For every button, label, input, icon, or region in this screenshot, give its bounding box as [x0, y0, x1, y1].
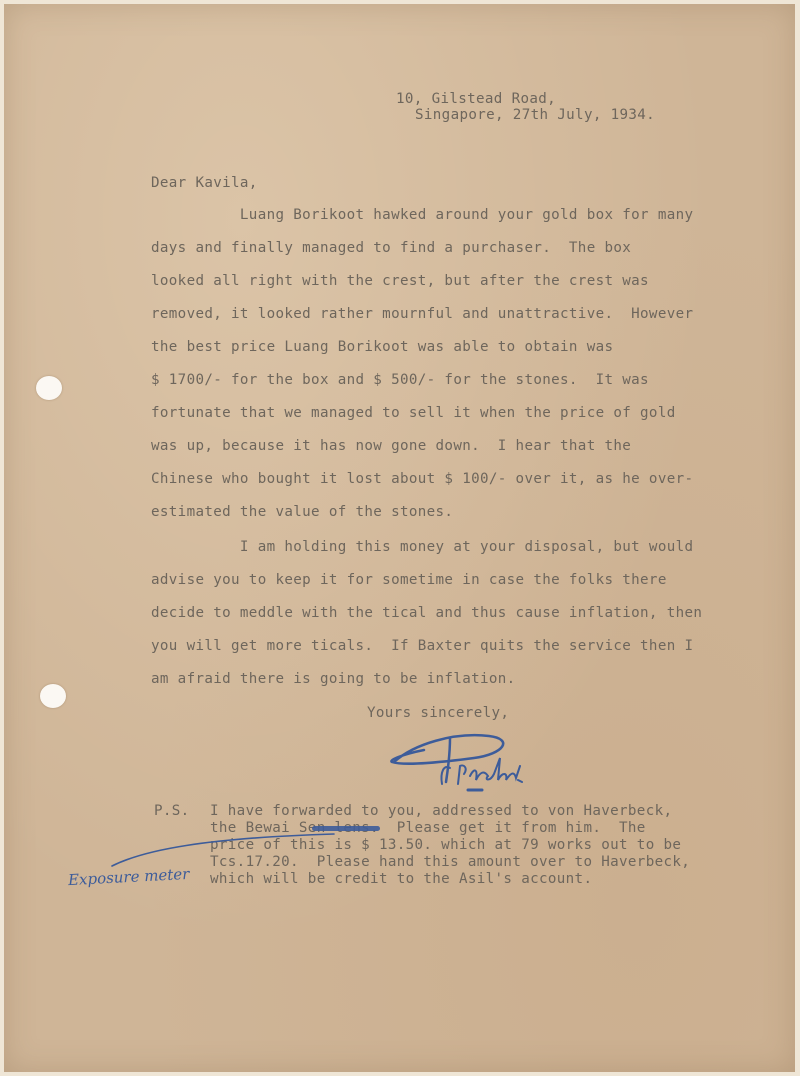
postscript-label: P.S. [154, 804, 190, 818]
body-line: looked all right with the crest, but aft… [151, 274, 649, 288]
postscript-line: which will be credit to the Asil's accou… [210, 872, 592, 886]
postscript-line: I have forwarded to you, addressed to vo… [210, 804, 672, 818]
body-line: the best price Luang Borikoot was able t… [151, 340, 613, 354]
body-line: you will get more ticals. If Baxter quit… [151, 639, 693, 653]
letter-page: 10, Gilstead Road, Singapore, 27th July,… [4, 4, 795, 1072]
body-line: estimated the value of the stones. [151, 505, 453, 519]
body-line: fortunate that we managed to sell it whe… [151, 406, 676, 420]
punch-hole-top [36, 376, 62, 400]
signature-flourish-icon [384, 724, 584, 794]
body-line: Luang Borikoot hawked around your gold b… [151, 208, 693, 222]
body-line: am afraid there is going to be inflation… [151, 672, 516, 686]
letter-date: Singapore, 27th July, 1934. [415, 108, 655, 122]
body-line: I am holding this money at your disposal… [151, 540, 693, 554]
closing: Yours sincerely, [367, 706, 509, 720]
body-line: days and finally managed to find a purch… [151, 241, 631, 255]
sender-address: 10, Gilstead Road, [396, 92, 556, 106]
body-line: Chinese who bought it lost about $ 100/-… [151, 472, 693, 486]
body-line: advise you to keep it for sometime in ca… [151, 573, 667, 587]
salutation: Dear Kavila, [151, 176, 258, 190]
body-line: was up, because it has now gone down. I … [151, 439, 631, 453]
body-line: $ 1700/- for the box and $ 500/- for the… [151, 373, 649, 387]
body-line: decide to meddle with the tical and thus… [151, 606, 702, 620]
punch-hole-bottom [40, 684, 66, 708]
margin-annotation: Exposure meter [68, 865, 190, 889]
body-line: removed, it looked rather mournful and u… [151, 307, 693, 321]
